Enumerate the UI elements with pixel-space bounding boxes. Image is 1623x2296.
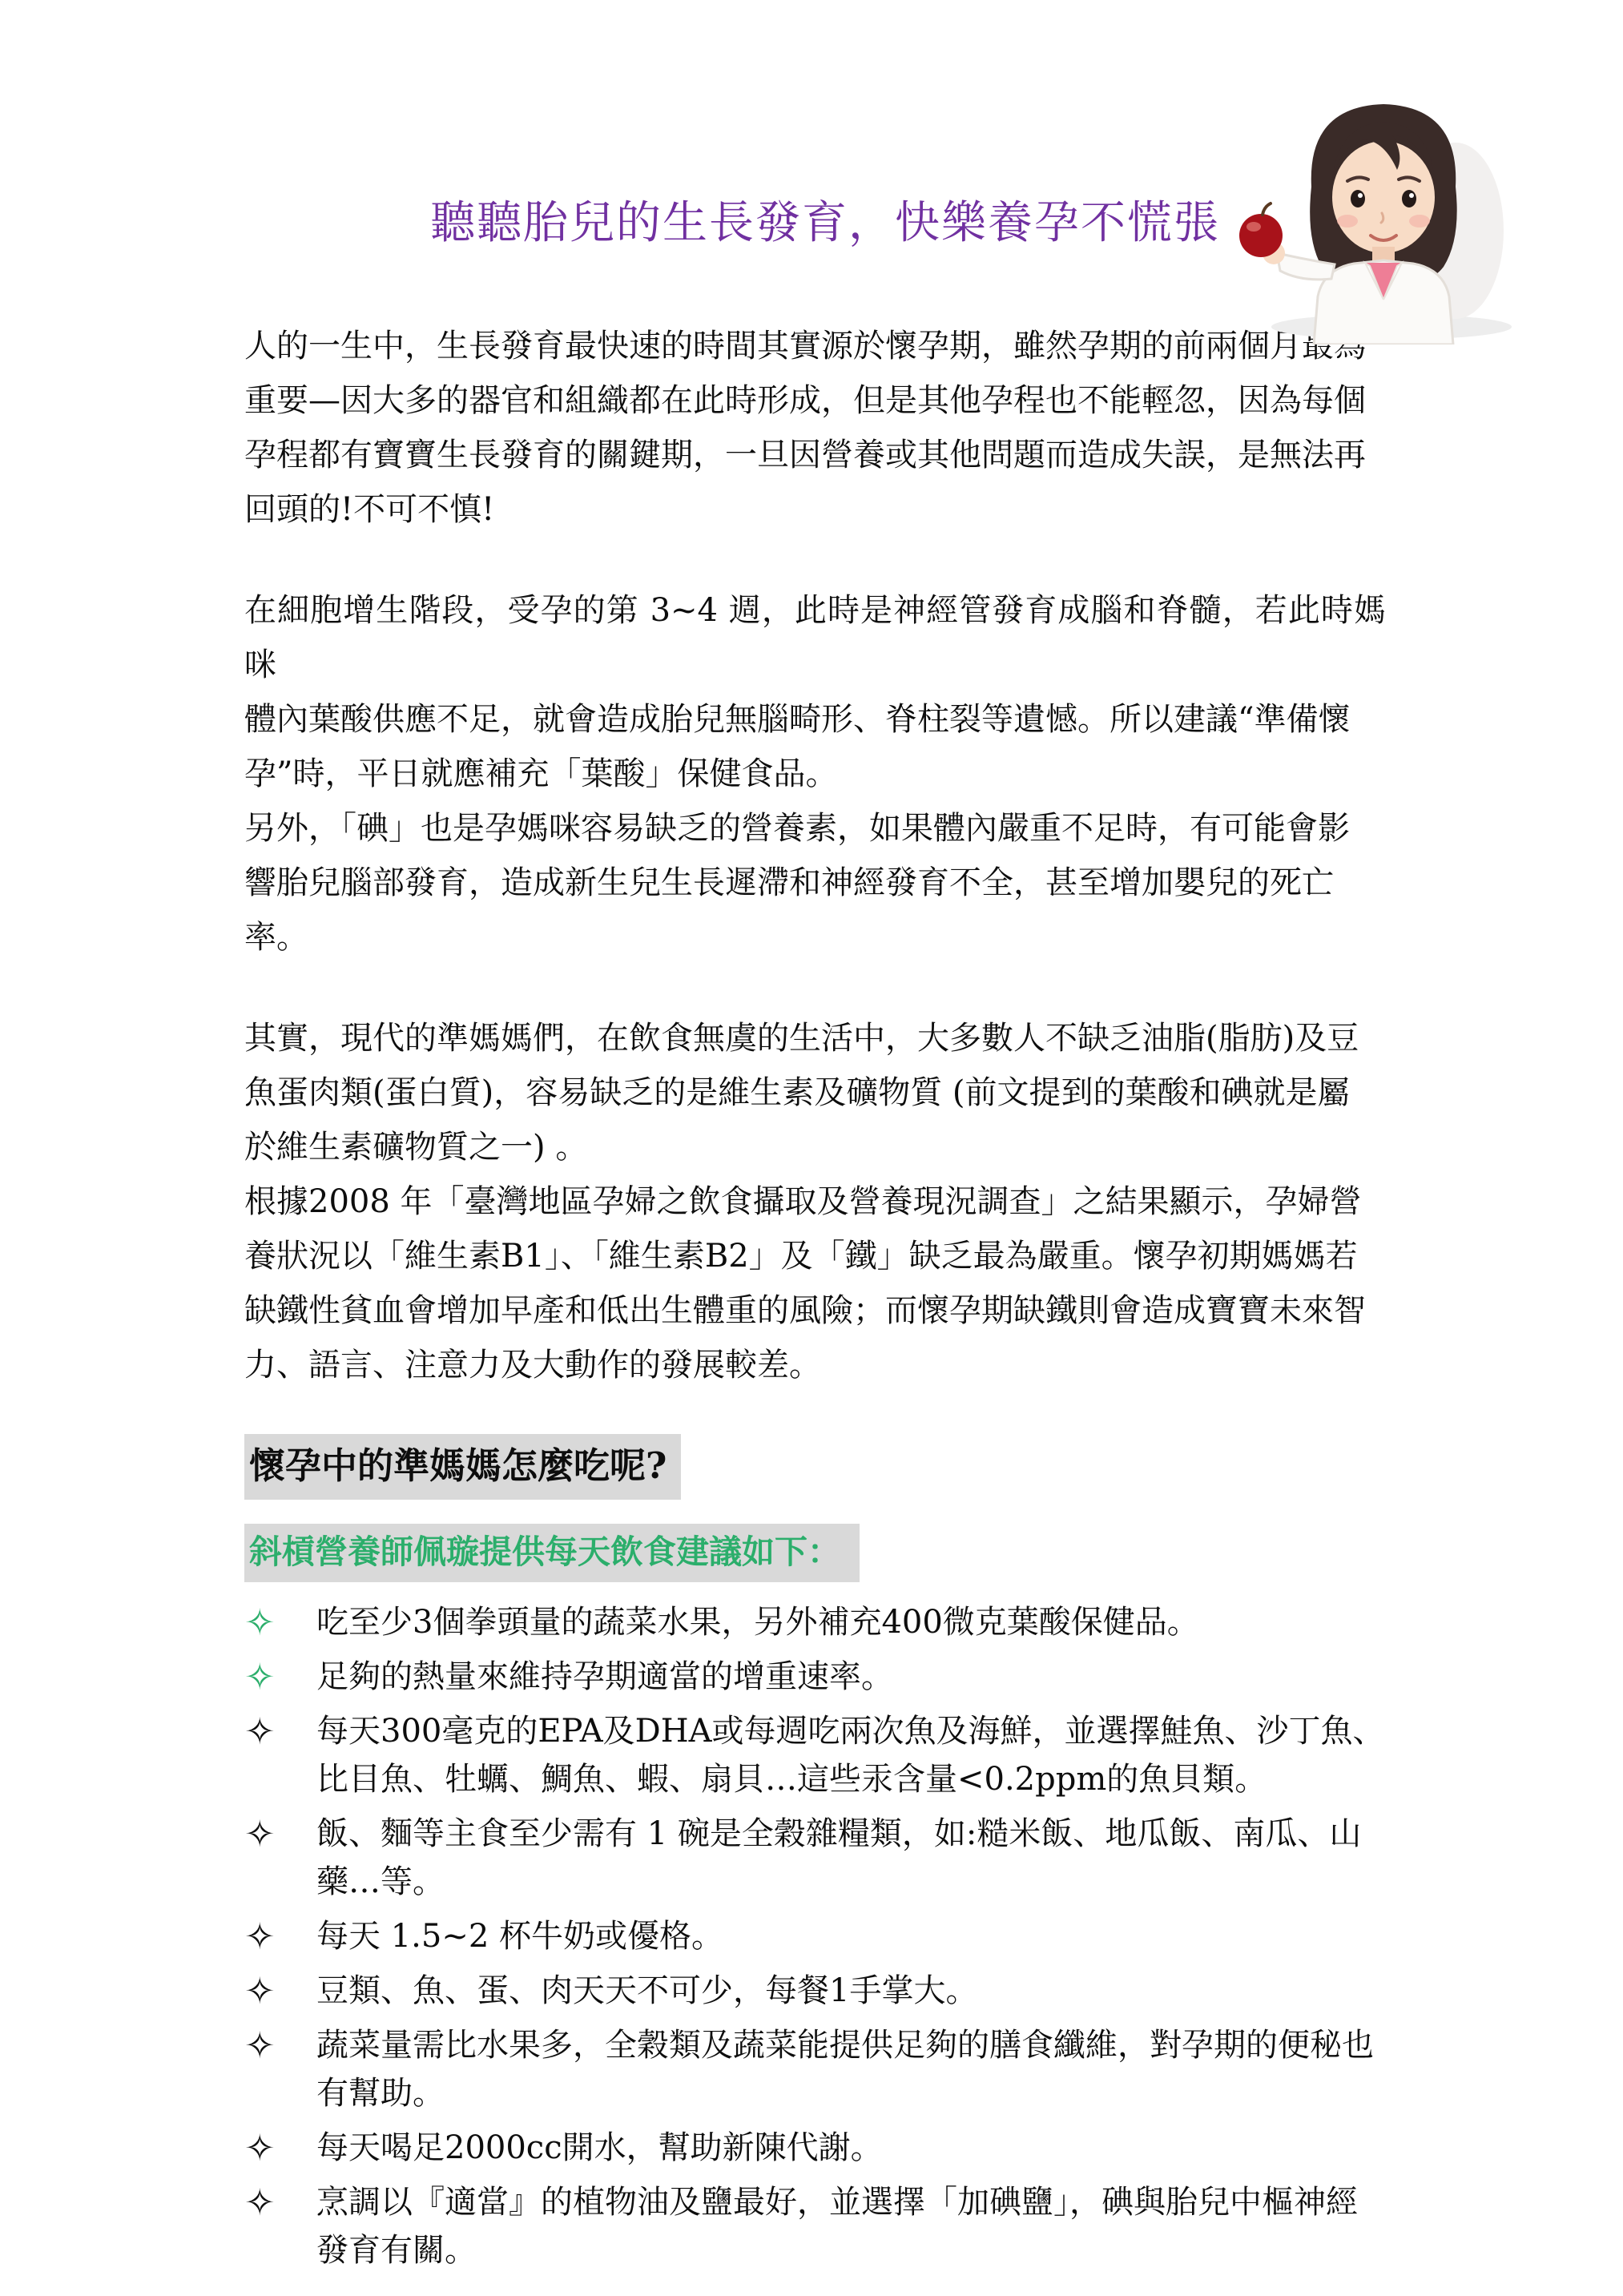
diet-tip-text: 豆類、魚、蛋、肉天天不可少，每餐1手掌大。 — [316, 1967, 977, 2015]
diet-tip-text: 每天300毫克的EPA及DHA或每週吃兩次魚及海鮮，並選擇鮭魚、沙丁魚、 比目魚… — [316, 1707, 1385, 1803]
diet-tip-text: 飯、麵等主食至少需有 1 碗是全穀雜糧類，如:糙米飯、地瓜飯、南瓜、山 藥…等。 — [316, 1810, 1361, 1906]
diet-tip-item: 吃至少3個拳頭量的蔬菜水果，另外補充400微克葉酸保健品。 — [244, 1598, 1386, 1646]
folic-acid-iodine-paragraph: 在細胞增生階段，受孕的第 3~4 週，此時是神經管發育成腦和脊髓，若此時媽咪 體… — [244, 583, 1386, 965]
document-page: 聽聽胎兒的生長發育，快樂養孕不慌張 人的一生中，生長發育最快速的時間其實源於懷孕… — [0, 0, 1623, 2296]
diet-tip-text: 吃至少3個拳頭量的蔬菜水果，另外補充400微克葉酸保健品。 — [316, 1598, 1199, 1646]
diamond-bullet-icon — [244, 2021, 316, 2069]
diet-tip-item: 豆類、魚、蛋、肉天天不可少，每餐1手掌大。 — [244, 1967, 1386, 2015]
diet-tip-text: 足夠的熱量來維持孕期適當的增重速率。 — [316, 1653, 893, 1701]
dietitian-advice-lead: 斜槓營養師佩璇提供每天飲食建議如下： — [244, 1524, 860, 1582]
diamond-bullet-icon — [244, 1598, 316, 1646]
diet-tip-text: 烹調以『適當』的植物油及鹽最好，並選擇「加碘鹽」，碘與胎兒中樞神經 發育有關。 — [316, 2178, 1358, 2274]
diamond-bullet-icon — [244, 1912, 316, 1960]
diet-tip-text: 每天 1.5~2 杯牛奶或優格。 — [316, 1912, 723, 1960]
diamond-bullet-icon — [244, 2124, 316, 2172]
diamond-bullet-icon — [244, 2178, 316, 2226]
nutritionist-avatar-illustration — [1227, 87, 1533, 344]
diamond-bullet-icon — [244, 1967, 316, 2015]
diamond-bullet-icon — [244, 1653, 316, 1701]
intro-paragraph: 人的一生中，生長發育最快速的時間其實源於懷孕期，雖然孕期的前兩個月最為 重要—因… — [244, 319, 1386, 537]
diet-tip-item: 每天300毫克的EPA及DHA或每週吃兩次魚及海鮮，並選擇鮭魚、沙丁魚、 比目魚… — [244, 1707, 1386, 1803]
diet-tip-text: 蔬菜量需比水果多，全穀類及蔬菜能提供足夠的膳食纖維，對孕期的便秘也 有幫助。 — [316, 2021, 1374, 2117]
diet-tip-item: 每天喝足2000cc開水，幫助新陳代謝。 — [244, 2124, 1386, 2172]
nutritionist-avatar-icon — [1227, 87, 1533, 344]
document-body: 聽聽胎兒的生長發育，快樂養孕不慌張 人的一生中，生長發育最快速的時間其實源於懷孕… — [0, 195, 1623, 2274]
diamond-bullet-icon — [244, 1707, 316, 1755]
section-heading: 懷孕中的準媽媽怎麼吃呢? — [244, 1434, 681, 1500]
diet-tips-list: 吃至少3個拳頭量的蔬菜水果，另外補充400微克葉酸保健品。 足夠的熱量來維持孕期… — [244, 1598, 1386, 2274]
diet-tip-item: 蔬菜量需比水果多，全穀類及蔬菜能提供足夠的膳食纖維，對孕期的便秘也 有幫助。 — [244, 2021, 1386, 2117]
diet-tip-item: 烹調以『適當』的植物油及鹽最好，並選擇「加碘鹽」，碘與胎兒中樞神經 發育有關。 — [244, 2178, 1386, 2274]
diet-tip-item: 每天 1.5~2 杯牛奶或優格。 — [244, 1912, 1386, 1960]
diet-tip-text: 每天喝足2000cc開水，幫助新陳代謝。 — [316, 2124, 883, 2172]
diet-tip-item: 飯、麵等主食至少需有 1 碗是全穀雜糧類，如:糙米飯、地瓜飯、南瓜、山 藥…等。 — [244, 1810, 1386, 1906]
diet-tip-item: 足夠的熱量來維持孕期適當的增重速率。 — [244, 1653, 1386, 1701]
diamond-bullet-icon — [244, 1810, 316, 1858]
survey-paragraph: 其實，現代的準媽媽們，在飲食無虞的生活中，大多數人不缺乏油脂(脂肪)及豆 魚蛋肉… — [244, 1011, 1386, 1392]
